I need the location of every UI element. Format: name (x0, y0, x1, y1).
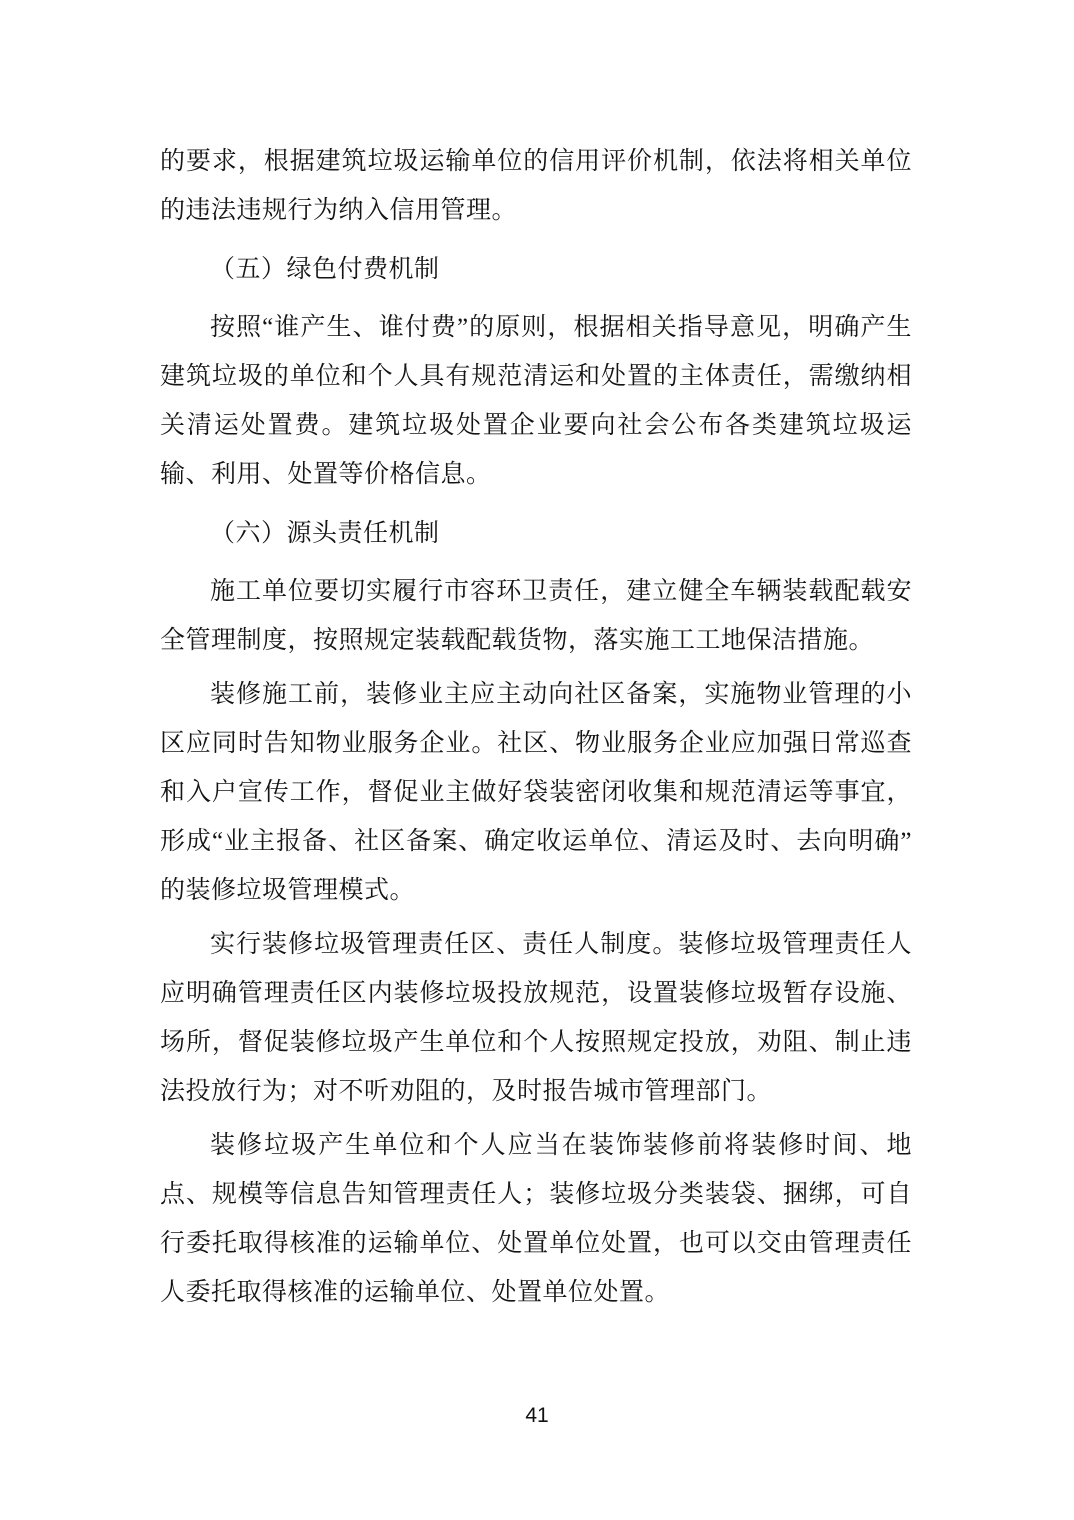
body-paragraph: 实行装修垃圾管理责任区、责任人制度。装修垃圾管理责任人应明确管理责任区内装修垃圾… (160, 920, 912, 1116)
page-number: 41 (525, 1404, 548, 1427)
document-page: 的要求，根据建筑垃圾运输单位的信用评价机制，依法将相关单位的违法违规行为纳入信用… (0, 0, 1074, 1520)
page-footer: 41 (0, 1402, 1074, 1430)
section-heading: （六）源头责任机制 (160, 509, 912, 558)
section-heading: （五）绿色付费机制 (160, 245, 912, 294)
body-paragraph: 施工单位要切实履行市容环卫责任，建立健全车辆装载配载安全管理制度，按照规定装载配… (160, 567, 912, 665)
body-paragraph: 按照“谁产生、谁付费”的原则，根据相关指导意见，明确产生建筑垃圾的单位和个人具有… (160, 303, 912, 499)
body-paragraph: 的要求，根据建筑垃圾运输单位的信用评价机制，依法将相关单位的违法违规行为纳入信用… (160, 137, 912, 235)
body-paragraph: 装修垃圾产生单位和个人应当在装饰装修前将装修时间、地点、规模等信息告知管理责任人… (160, 1121, 912, 1317)
document-body: 的要求，根据建筑垃圾运输单位的信用评价机制，依法将相关单位的违法违规行为纳入信用… (160, 137, 912, 1322)
body-paragraph: 装修施工前，装修业主应主动向社区备案，实施物业管理的小区应同时告知物业服务企业。… (160, 670, 912, 915)
